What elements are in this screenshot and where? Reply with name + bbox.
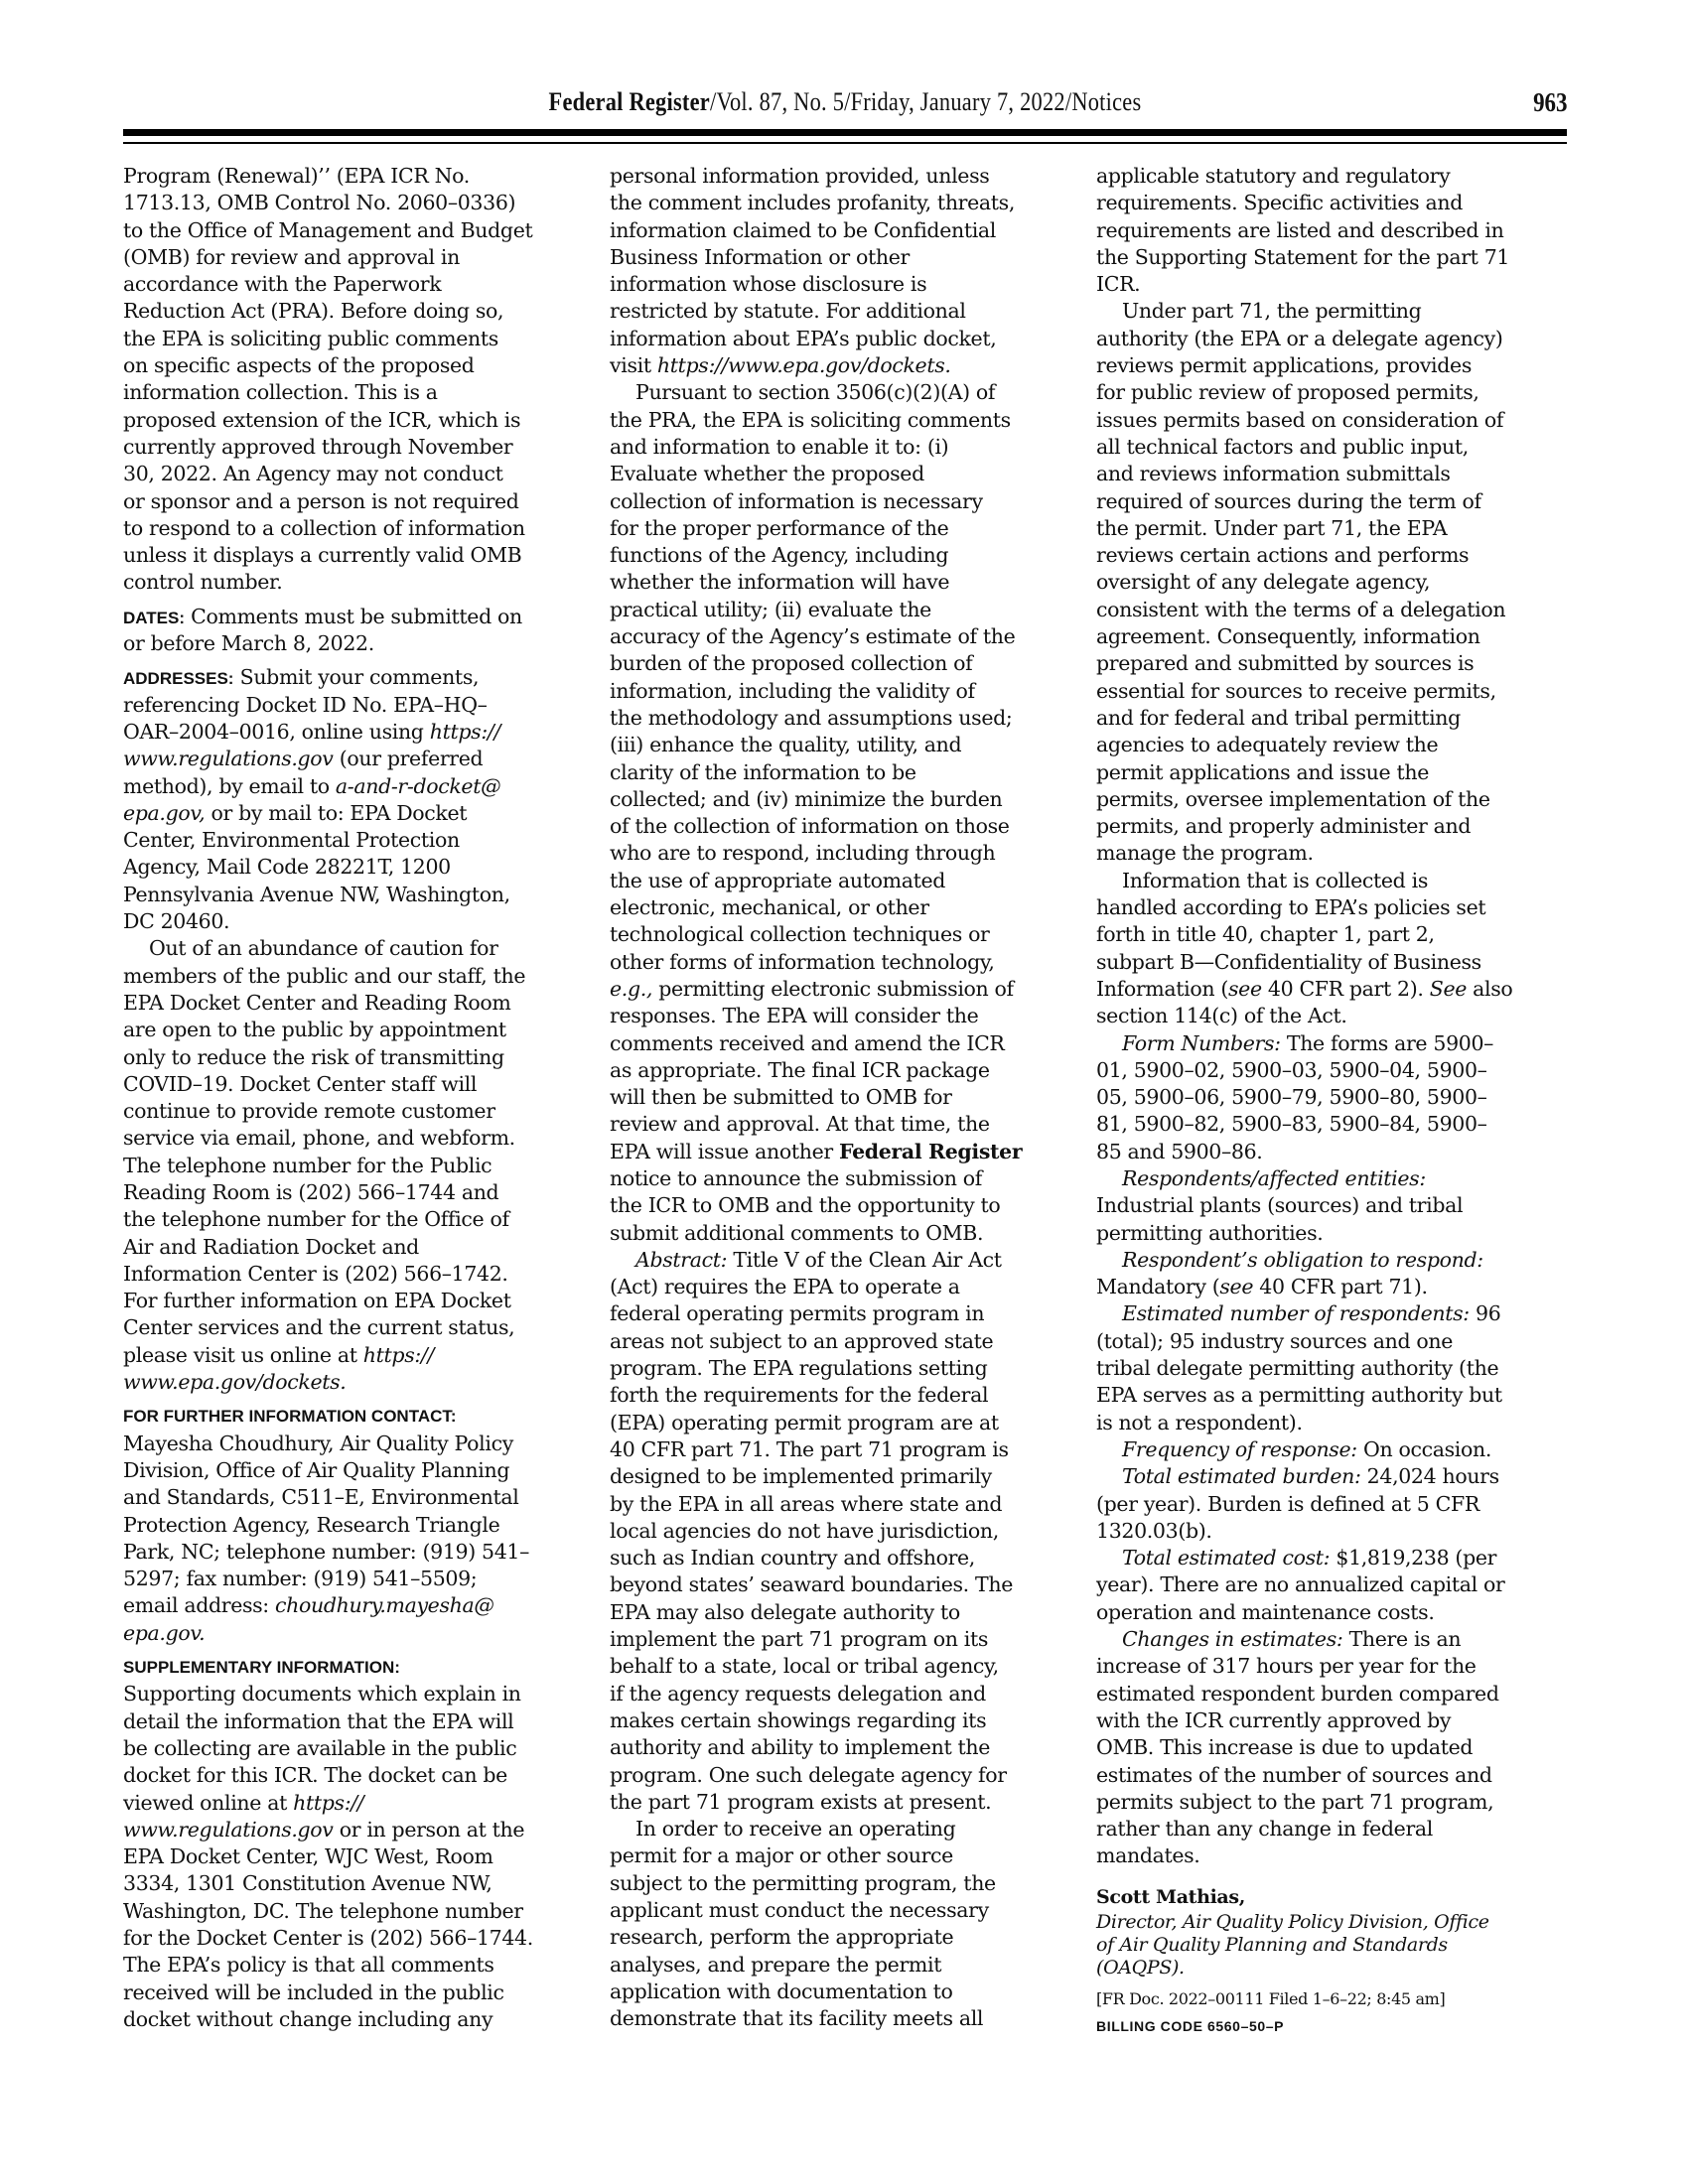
text-line: requirements are listed and described in: [1096, 217, 1551, 244]
text-line: forth the requirements for the federal: [610, 1382, 1064, 1409]
text-line: estimated respondent burden compared: [1096, 1681, 1551, 1707]
text-line: members of the public and our staff, the: [123, 963, 578, 990]
text-line: oversight of any delegate agency,: [1096, 569, 1551, 596]
text-line: are open to the public by appointment: [123, 1017, 578, 1043]
text-line: control number.: [123, 569, 578, 596]
text-line: for public review of proposed permits,: [1096, 379, 1551, 406]
docket-email-link-cont[interactable]: epa.gov,: [123, 801, 205, 825]
text-line: permits, and properly administer and: [1096, 813, 1551, 840]
text-line: Reading Room is (202) 566–1744 and: [123, 1179, 578, 1206]
text-line: OMB. This increase is due to updated: [1096, 1734, 1551, 1761]
text-line: authority and ability to implement the: [610, 1734, 1064, 1761]
text-line: submit additional comments to OMB.: [610, 1220, 1064, 1247]
text-line: the Supporting Statement for the part 71: [1096, 244, 1551, 271]
text-line: (Act) requires the EPA to operate a: [610, 1274, 1064, 1300]
text-line: (total); 95 industry sources and one: [1096, 1328, 1551, 1355]
text-line: information about EPA’s public docket,: [610, 326, 1064, 352]
text-line: areas not subject to an approved state: [610, 1328, 1064, 1355]
text-line: permit for a major or other source: [610, 1843, 1064, 1869]
text-line: increase of 317 hours per year for the: [1096, 1653, 1551, 1680]
text-line: Pursuant to section 3506(c)(2)(A) of: [610, 379, 1064, 406]
text-line: manage the program.: [1096, 840, 1551, 867]
text-line: Air and Radiation Docket and: [123, 1234, 578, 1261]
text-line: Information that is collected is: [1096, 868, 1551, 894]
text-line: received will be included in the public: [123, 1979, 578, 2006]
text-line: Washington, DC. The telephone number: [123, 1898, 578, 1925]
text-line: EPA may also delegate authority to: [610, 1599, 1064, 1626]
text-line: continue to provide remote customer: [123, 1098, 578, 1125]
text-line: estimates of the number of sources and: [1096, 1762, 1551, 1789]
text-line: tribal delegate permitting authority (th…: [1096, 1355, 1551, 1382]
federal-register-bold: Federal Register: [839, 1140, 1022, 1163]
header-rule-thin: [123, 142, 1567, 144]
text-line: EPA Docket Center, WJC West, Room: [123, 1843, 578, 1870]
text-line: 1713.13, OMB Control No. 2060–0336): [123, 190, 578, 216]
text-line: of Air Quality Planning and Standards: [1096, 1934, 1551, 1957]
column-3: applicable statutory and regulatoryrequi…: [1096, 163, 1551, 2037]
text-line: program. One such delegate agency for: [610, 1762, 1064, 1789]
fr-doc-line: [FR Doc. 2022–00111 Filed 1–6–22; 8:45 a…: [1096, 1987, 1551, 2011]
text-line: Industrial plants (sources) and tribal: [1096, 1192, 1551, 1219]
addresses-section: ADDRESSES: Submit your comments, referen…: [123, 664, 578, 935]
text-line: 81, 5900–82, 5900–83, 5900–84, 5900–: [1096, 1111, 1551, 1138]
column-2: personal information provided, unlessthe…: [610, 163, 1064, 2032]
text-line: comments received and amend the ICR: [610, 1030, 1064, 1057]
text-line: permits, oversee implementation of the: [1096, 786, 1551, 813]
text-line: responses. The EPA will consider the: [610, 1003, 1064, 1029]
text-line: and information to enable it to: (i): [610, 434, 1064, 461]
text-line: consistent with the terms of a delegatio…: [1096, 597, 1551, 623]
part71-paragraph: Under part 71, the permittingauthority (…: [1096, 298, 1551, 867]
text-line: personal information provided, unless: [610, 163, 1064, 190]
text-line: For further information on EPA Docket: [123, 1288, 578, 1314]
page-number: 963: [1533, 87, 1567, 118]
text-line: 3334, 1301 Constitution Avenue NW,: [123, 1870, 578, 1897]
text-line: technological collection techniques or: [610, 921, 1064, 948]
text-line: permit applications and issue the: [1096, 759, 1551, 786]
text-line: (EPA) operating permit program are at: [610, 1410, 1064, 1436]
abstract-paragraph: (Act) requires the EPA to operate afeder…: [610, 1274, 1064, 1816]
text-line: handled according to EPA’s policies set: [1096, 894, 1551, 921]
form-numbers: Form Numbers: The forms are 5900–: [1096, 1030, 1551, 1057]
text-line: 01, 5900–02, 5900–03, 5900–04, 5900–: [1096, 1057, 1551, 1084]
text-line: local agencies do not have jurisdiction,: [610, 1518, 1064, 1545]
contact-section: FOR FURTHER INFORMATION CONTACT: Mayesha…: [123, 1403, 578, 1647]
text-line: burden of the proposed collection of: [610, 650, 1064, 677]
text-line: reviews permit applications, provides: [1096, 352, 1551, 379]
signature-name: Scott Mathias,: [1096, 1884, 1551, 1911]
text-line: practical utility; (ii) evaluate the: [610, 597, 1064, 623]
text-line: Center services and the current status,: [123, 1314, 578, 1341]
text-line: detail the information that the EPA will: [123, 1708, 578, 1735]
text-line: forth in title 40, chapter 1, part 2,: [1096, 921, 1551, 948]
text-line: designed to be implemented primarily: [610, 1463, 1064, 1490]
respondent-count: Estimated number of respondents: 96: [1096, 1300, 1551, 1327]
text-line: authority (the EPA or a delegate agency): [1096, 326, 1551, 352]
text-line: collected; and (iv) minimize the burden: [610, 786, 1064, 813]
text-line: 5297; fax number: (919) 541–5509;: [123, 1566, 578, 1592]
issue-info: /Vol. 87, No. 5/Friday, January 7, 2022/…: [710, 87, 1141, 116]
confidentiality-paragraph: Information that is collected ishandled …: [1096, 868, 1551, 976]
text-line: is not a respondent).: [1096, 1410, 1551, 1436]
text-line: the part 71 program exists at present.: [610, 1789, 1064, 1816]
supp-regulations-link[interactable]: https://: [293, 1791, 363, 1815]
respondents-label: Respondents/affected entities:: [1096, 1165, 1551, 1192]
text-line: Out of an abundance of caution for: [123, 935, 578, 962]
text-line: EPA Docket Center and Reading Room: [123, 990, 578, 1017]
epa-dockets-link-cont[interactable]: www.epa.gov/dockets.: [123, 1370, 346, 1394]
text-line: currently approved through November: [123, 434, 578, 461]
text-line: The EPA’s policy is that all comments: [123, 1952, 578, 1979]
text-line: implement the part 71 program on its: [610, 1626, 1064, 1653]
running-head: Federal Register/Vol. 87, No. 5/Friday, …: [224, 87, 1466, 117]
text-line: Evaluate whether the proposed: [610, 461, 1064, 487]
text-line: Mayesha Choudhury, Air Quality Policy: [123, 1431, 578, 1457]
text-line: (OAQPS).: [1096, 1957, 1551, 1979]
text-line: or sponsor and a person is not required: [123, 488, 578, 515]
epa-dockets-link-2[interactable]: https://www.epa.gov/dockets.: [657, 353, 951, 377]
text-line: essential for sources to receive permits…: [1096, 678, 1551, 705]
text-line: information claimed to be Confidential: [610, 217, 1064, 244]
text-line: the telephone number for the Office of: [123, 1206, 578, 1233]
text-line: 30, 2022. An Agency may not conduct: [123, 461, 578, 487]
signature-title: Director, Air Quality Policy Division, O…: [1096, 1911, 1551, 1979]
text-line: clarity of the information to be: [610, 759, 1064, 786]
text-line: with the ICR currently approved by: [1096, 1707, 1551, 1734]
text-line: Division, Office of Air Quality Planning: [123, 1457, 578, 1484]
text-line: notice to announce the submission of: [610, 1165, 1064, 1192]
abstract-label: Abstract:: [635, 1248, 727, 1272]
text-line: functions of the Agency, including: [610, 542, 1064, 569]
text-line: the ICR to OMB and the opportunity to: [610, 1192, 1064, 1219]
obligation-label: Respondent’s obligation to respond:: [1096, 1247, 1551, 1274]
text-line: Under part 71, the permitting: [1096, 298, 1551, 325]
text-line: be collecting are available in the publi…: [123, 1735, 578, 1762]
addresses-label: ADDRESSES:: [123, 669, 233, 688]
text-line: of the collection of information on thos…: [610, 813, 1064, 840]
text-line: the use of appropriate automated: [610, 868, 1064, 894]
text-line: for the proper performance of the: [610, 515, 1064, 542]
text-line: proposed extension of the ICR, which is: [123, 407, 578, 434]
text-line: analyses, and prepare the permit: [610, 1952, 1064, 1979]
text-line: all technical factors and public input,: [1096, 434, 1551, 461]
text-line: the methodology and assumptions used;: [610, 705, 1064, 732]
text-line: federal operating permits program in: [610, 1300, 1064, 1327]
text-line: agreement. Consequently, information: [1096, 623, 1551, 650]
text-line: required of sources during the term of: [1096, 488, 1551, 515]
billing-code: BILLING CODE 6560–50–P: [1096, 2015, 1551, 2037]
text-line: docket for this ICR. The docket can be: [123, 1762, 578, 1789]
text-line: (OMB) for review and approval in: [123, 244, 578, 271]
text-line: 1320.03(b).: [1096, 1518, 1551, 1545]
text-line: The telephone number for the Public: [123, 1153, 578, 1179]
text-line: other forms of information technology,: [610, 949, 1064, 976]
text-line: by the EPA in all areas where state and: [610, 1491, 1064, 1518]
text-line: electronic, mechanical, or other: [610, 894, 1064, 921]
text-line: accuracy of the Agency’s estimate of the: [610, 623, 1064, 650]
contact-label: FOR FURTHER INFORMATION CONTACT:: [123, 1403, 578, 1430]
text-line: will then be submitted to OMB for: [610, 1084, 1064, 1111]
text-line: Business Information or other: [610, 244, 1064, 271]
text-line: reviews certain actions and performs: [1096, 542, 1551, 569]
text-line: 40 CFR part 71. The part 71 program is: [610, 1436, 1064, 1463]
text-line: application with documentation to: [610, 1979, 1064, 2005]
text-line: makes certain showings regarding its: [610, 1707, 1064, 1734]
text-line: on specific aspects of the proposed: [123, 352, 578, 379]
column-1: Program (Renewal)’’ (EPA ICR No.1713.13,…: [123, 163, 578, 2033]
text-line: accordance with the Paperwork: [123, 271, 578, 298]
text-line: restricted by statute. For additional: [610, 298, 1064, 325]
text-line: Supporting documents which explain in: [123, 1681, 578, 1707]
frequency: Frequency of response: On occasion.: [1096, 1436, 1551, 1463]
regulations-link-cont[interactable]: www.regulations.gov: [123, 747, 334, 770]
text-line: only to reduce the risk of transmitting: [123, 1044, 578, 1071]
text-line: as appropriate. The final ICR package: [610, 1057, 1064, 1084]
page-header: Federal Register/Vol. 87, No. 5/Friday, …: [123, 87, 1567, 127]
text-line: if the agency requests delegation and: [610, 1681, 1064, 1707]
text-line: (iii) enhance the quality, utility, and: [610, 732, 1064, 758]
text-line: information collection. This is a: [123, 379, 578, 406]
text-line: COVID–19. Docket Center staff will: [123, 1071, 578, 1098]
text-line: to respond to a collection of informatio…: [123, 515, 578, 542]
docket-email-link[interactable]: a-and-r-docket@: [336, 774, 500, 798]
text-line: information, including the validity of: [610, 678, 1064, 705]
text-line: demonstrate that its facility meets all: [610, 2005, 1064, 2032]
text-line: the comment includes profanity, threats,: [610, 190, 1064, 216]
text-line: rather than any change in federal: [1096, 1816, 1551, 1843]
text-line: requirements. Specific activities and: [1096, 190, 1551, 216]
text-line: beyond states’ seaward boundaries. The: [610, 1571, 1064, 1598]
dates-label: DATES:: [123, 609, 185, 627]
text-line: mandates.: [1096, 1843, 1551, 1869]
intro-paragraph: Program (Renewal)’’ (EPA ICR No.1713.13,…: [123, 163, 578, 597]
text-line: docket without change including any: [123, 2006, 578, 2033]
text-line: who are to respond, including through: [610, 840, 1064, 867]
supplementary-section: SUPPLEMENTARY INFORMATION: Supporting do…: [123, 1654, 578, 2033]
comment-policy-lines: personal information provided, unlessthe…: [610, 163, 1064, 352]
text-line: ICR.: [1096, 271, 1551, 298]
publication-name: Federal Register: [549, 87, 710, 116]
text-line: whether the information will have: [610, 569, 1064, 596]
permit-order-paragraph: In order to receive an operatingpermit f…: [610, 1816, 1064, 2032]
text-line: service via email, phone, and webform.: [123, 1125, 578, 1152]
regulations-link[interactable]: https://: [430, 720, 500, 744]
text-line: Information Center is (202) 566–1742.: [123, 1261, 578, 1288]
total-cost: Total estimated cost: $1,819,238 (per: [1096, 1545, 1551, 1571]
text-line: the EPA is soliciting public comments: [123, 326, 578, 352]
text-line: year). There are no annualized capital o…: [1096, 1571, 1551, 1598]
text-line: unless it displays a currently valid OMB: [123, 542, 578, 569]
text-line: Protection Agency, Research Triangle: [123, 1512, 578, 1539]
text-line: such as Indian country and offshore,: [610, 1545, 1064, 1571]
text-line: and Standards, C511–E, Environmental: [123, 1484, 578, 1511]
text-line: agencies to adequately review the: [1096, 732, 1551, 758]
text-line: applicant must conduct the necessary: [610, 1897, 1064, 1924]
text-line: permits subject to the part 71 program,: [1096, 1789, 1551, 1816]
supp-regulations-link-cont[interactable]: www.regulations.gov: [123, 1818, 334, 1842]
text-line: operation and maintenance costs.: [1096, 1599, 1551, 1626]
text-line: behalf to a state, local or tribal agenc…: [610, 1653, 1064, 1680]
text-line: prepared and submitted by sources is: [1096, 650, 1551, 677]
text-line: to the Office of Management and Budget: [123, 217, 578, 244]
text-line: the PRA, the EPA is soliciting comments: [610, 407, 1064, 434]
contact-email-link-cont[interactable]: epa.gov.: [123, 1621, 205, 1645]
total-burden: Total estimated burden: 24,024 hours: [1096, 1463, 1551, 1490]
text-line: information whose disclosure is: [610, 271, 1064, 298]
text-line: subject to the permitting program, the: [610, 1870, 1064, 1897]
text-line: (per year). Burden is defined at 5 CFR: [1096, 1491, 1551, 1518]
text-line: In order to receive an operating: [610, 1816, 1064, 1843]
text-line: Reduction Act (PRA). Before doing so,: [123, 298, 578, 325]
caution-paragraph: Out of an abundance of caution formember…: [123, 935, 578, 1341]
text-line: collection of information is necessary: [610, 488, 1064, 515]
text-line: the permit. Under part 71, the EPA: [1096, 515, 1551, 542]
text-line: review and approval. At that time, the: [610, 1111, 1064, 1138]
pursuant-paragraph: Pursuant to section 3506(c)(2)(A) ofthe …: [610, 379, 1064, 976]
text-line: issues permits based on consideration of: [1096, 407, 1551, 434]
text-line: 05, 5900–06, 5900–79, 5900–80, 5900–: [1096, 1084, 1551, 1111]
text-line: and reviews information submittals: [1096, 461, 1551, 487]
changes-in-estimates: Changes in estimates: There is an: [1096, 1626, 1551, 1653]
contact-email-link[interactable]: choudhury.mayesha@: [275, 1593, 493, 1617]
epa-dockets-link[interactable]: https://: [363, 1343, 434, 1367]
header-rule-thick: [123, 129, 1567, 136]
text-line: Park, NC; telephone number: (919) 541–: [123, 1539, 578, 1566]
text-line: program. The EPA regulations setting: [610, 1355, 1064, 1382]
text-line: Director, Air Quality Policy Division, O…: [1096, 1911, 1551, 1934]
text-line: for the Docket Center is (202) 566–1744.: [123, 1925, 578, 1952]
supplementary-label: SUPPLEMENTARY INFORMATION:: [123, 1654, 578, 1681]
text-line: EPA serves as a permitting authority but: [1096, 1382, 1551, 1409]
contact-lines: Mayesha Choudhury, Air Quality PolicyDiv…: [123, 1431, 578, 1593]
text-line: permitting authorities.: [1096, 1220, 1551, 1247]
text-line: research, perform the appropriate: [610, 1924, 1064, 1951]
text-line: and for federal and tribal permitting: [1096, 705, 1551, 732]
abstract-heading: Abstract: Title V of the Clean Air Act: [610, 1247, 1064, 1274]
text-line: Program (Renewal)’’ (EPA ICR No.: [123, 163, 578, 190]
caution-tail: please visit us online at https://: [123, 1342, 578, 1369]
text-line: subpart B—Confidentiality of Business: [1096, 949, 1551, 976]
text-line: applicable statutory and regulatory: [1096, 163, 1551, 190]
text-line: 85 and 5900–86.: [1096, 1139, 1551, 1165]
dates-section: DATES: Comments must be submitted on or …: [123, 604, 578, 658]
